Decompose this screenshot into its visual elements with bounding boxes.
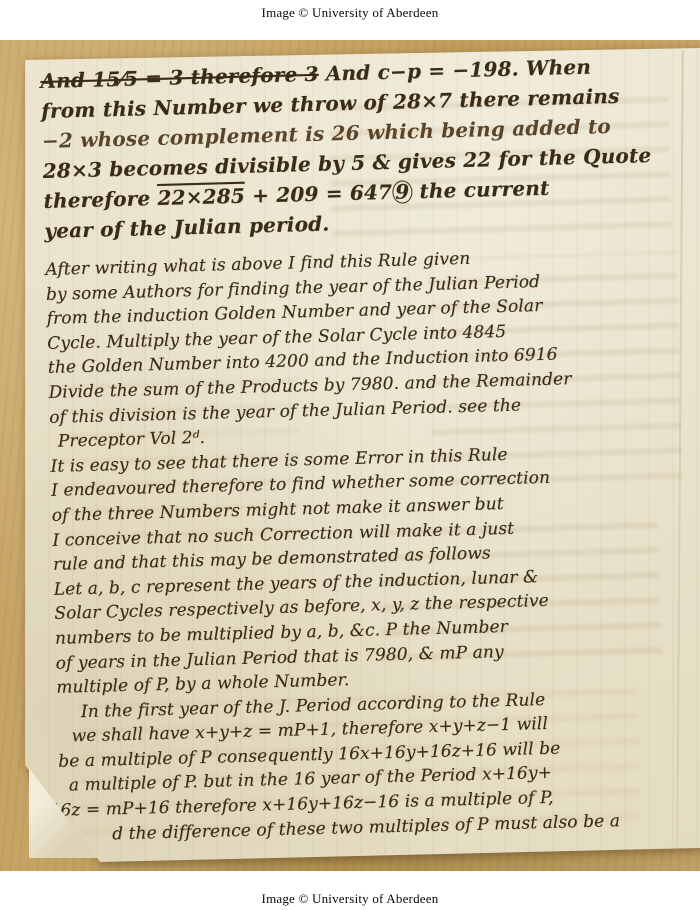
- copyright-caption-top: Image © University of Aberdeen: [0, 5, 700, 21]
- manuscript-text: + 209 = 647: [245, 180, 393, 208]
- handwritten-text: And 15⁄5 = 3 therefore 3 And c−p = −198.…: [40, 50, 690, 848]
- circled-digit: 9: [392, 180, 413, 204]
- manuscript-text: the current: [412, 176, 550, 204]
- manuscript-text: And c−p = −198. When: [318, 55, 591, 86]
- paragraph-rule-discussion: After writing what is above I find this …: [45, 241, 690, 848]
- manuscript-page: And 15⁄5 = 3 therefore 3 And c−p = −198.…: [0, 40, 700, 871]
- copyright-caption-bottom: Image © University of Aberdeen: [0, 891, 700, 907]
- struck-text: And 15⁄5 = 3 therefore 3: [40, 62, 319, 93]
- overlined-expression: 22×285: [157, 184, 245, 210]
- manuscript-text: therefore: [43, 186, 158, 213]
- scanned-document: And 15⁄5 = 3 therefore 3 And c−p = −198.…: [0, 40, 700, 871]
- paragraph-calculation: And 15⁄5 = 3 therefore 3 And c−p = −198.…: [40, 50, 674, 246]
